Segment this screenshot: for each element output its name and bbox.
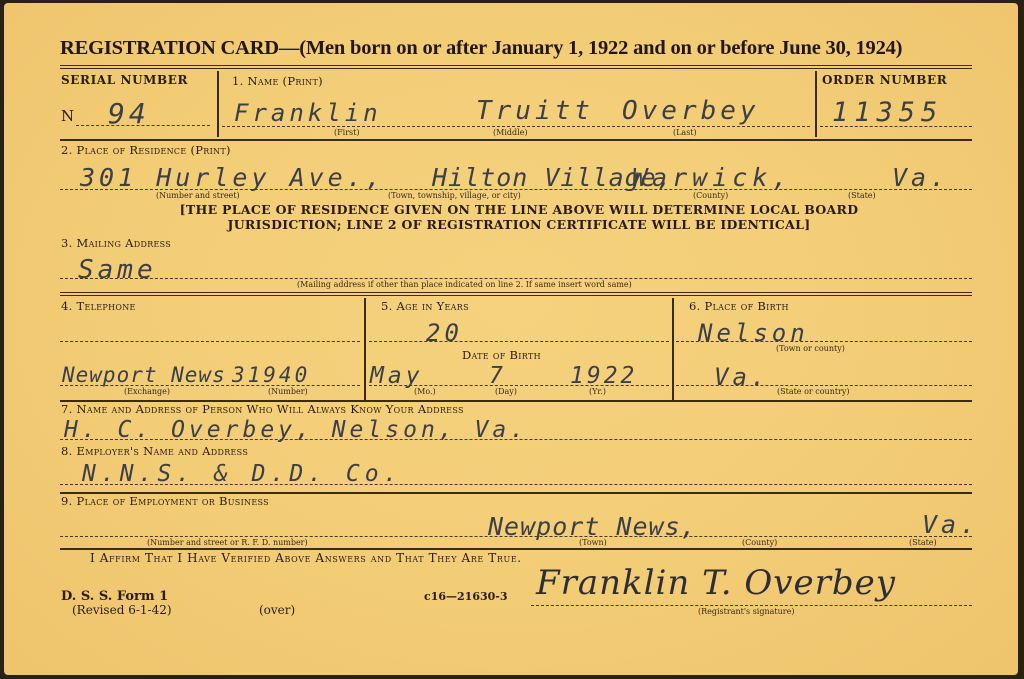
divider — [217, 71, 219, 137]
telephone-exchange-caption: (Exchange) — [124, 387, 170, 396]
name-middle: Truitt — [476, 96, 594, 126]
order-number-label: ORDER NUMBER — [822, 73, 947, 87]
employer-underline — [60, 484, 972, 485]
birthplace-town-underline — [676, 341, 972, 342]
serial-prefix: N — [61, 107, 74, 125]
print-code: c16—21630-3 — [424, 590, 508, 603]
affirmation-text: I Affirm That I Have Verified Above Answ… — [90, 551, 522, 565]
telephone-number: 31940 — [232, 363, 310, 387]
serial-underline — [76, 125, 210, 126]
birthplace-state: Va. — [714, 363, 769, 391]
section-rule — [60, 548, 972, 550]
residence-town-caption: (Town, township, village, or city) — [388, 191, 521, 200]
date-of-birth-label: Date of Birth — [462, 348, 541, 362]
residence-state: Va. — [892, 163, 949, 192]
birthplace-town: Nelson — [698, 319, 809, 347]
mailing-underline — [60, 278, 972, 279]
residence-state-caption: (State) — [848, 191, 876, 200]
order-underline — [820, 126, 972, 127]
telephone-line1 — [60, 341, 360, 342]
name-middle-caption: (Middle) — [493, 128, 528, 137]
employment-state: Va. — [922, 510, 979, 539]
name-underline — [222, 126, 810, 127]
title-rule — [60, 65, 972, 69]
signature-line — [531, 605, 972, 606]
name-first: Franklin — [234, 99, 382, 127]
signature-caption: (Registrant's signature) — [698, 607, 794, 616]
residence-county: Warwick, — [632, 163, 792, 192]
residence-underline — [60, 189, 972, 190]
dob-day-caption: (Day) — [495, 387, 517, 396]
divider — [815, 71, 817, 137]
jurisdiction-notice-line1: [THE PLACE OF RESIDENCE GIVEN ON THE LIN… — [104, 202, 934, 217]
age-label: 5. Age in Years — [381, 299, 469, 313]
birthplace-town-caption: (Town or county) — [776, 344, 845, 353]
serial-number-label: SERIAL NUMBER — [61, 73, 188, 87]
name-first-caption: (First) — [334, 128, 360, 137]
birthplace-label: 6. Place of Birth — [689, 299, 789, 313]
age-value: 20 — [426, 319, 463, 347]
employment-street-caption: (Number and street or R. F. D. number) — [147, 538, 308, 547]
mailing-address-value: Same — [78, 255, 157, 285]
card-title: REGISTRATION CARD—(Men born on or after … — [60, 37, 902, 60]
employment-underline — [60, 536, 972, 537]
residence-label: 2. Place of Residence (Print) — [61, 143, 231, 157]
residence-county-caption: (County) — [693, 191, 728, 200]
mailing-address-label: 3. Mailing Address — [61, 236, 171, 250]
telephone-exchange: Newport News — [62, 363, 226, 387]
contact-label: 7. Name and Address of Person Who Will A… — [61, 402, 464, 416]
section-rule — [60, 292, 972, 296]
name-label: 1. Name (Print) — [232, 74, 323, 88]
dob-month-caption: (Mo.) — [414, 387, 436, 396]
employer-label: 8. Employer's Name and Address — [61, 444, 248, 458]
telephone-underline — [60, 385, 360, 386]
age-underline — [369, 341, 669, 342]
telephone-label: 4. Telephone — [61, 299, 136, 313]
employment-county-caption: (County) — [742, 538, 777, 547]
mailing-caption: (Mailing address if other than place ind… — [297, 280, 632, 289]
dob-year-caption: (Yr.) — [589, 387, 606, 396]
form-revised: (Revised 6-1-42) — [72, 603, 172, 617]
employment-place-label: 9. Place of Employment or Business — [61, 494, 269, 508]
dob-underline — [369, 385, 669, 386]
section-rule — [60, 139, 972, 141]
contact-underline — [60, 439, 972, 440]
registration-card: REGISTRATION CARD—(Men born on or after … — [4, 3, 1018, 675]
jurisdiction-notice-line2: JURISDICTION; LINE 2 OF REGISTRATION CER… — [104, 217, 934, 232]
jurisdiction-notice: [THE PLACE OF RESIDENCE GIVEN ON THE LIN… — [104, 202, 934, 232]
residence-street-caption: (Number and street) — [156, 191, 240, 200]
divider — [672, 298, 674, 400]
telephone-number-caption: (Number) — [268, 387, 308, 396]
order-number-value: 11355 — [832, 97, 943, 128]
birthplace-state-caption: (State or country) — [777, 387, 850, 396]
birthplace-state-underline — [676, 385, 972, 386]
over-note: (over) — [259, 603, 295, 617]
name-last-caption: (Last) — [673, 128, 697, 137]
registrant-signature: Franklin T. Overbey — [536, 563, 896, 603]
name-last: Overbey — [622, 96, 760, 126]
employment-state-caption: (State) — [909, 538, 937, 547]
form-name: D. S. S. Form 1 — [61, 589, 168, 604]
divider — [364, 298, 366, 400]
residence-street: 301 Hurley Ave., — [80, 163, 385, 192]
employment-town-caption: (Town) — [579, 538, 607, 547]
